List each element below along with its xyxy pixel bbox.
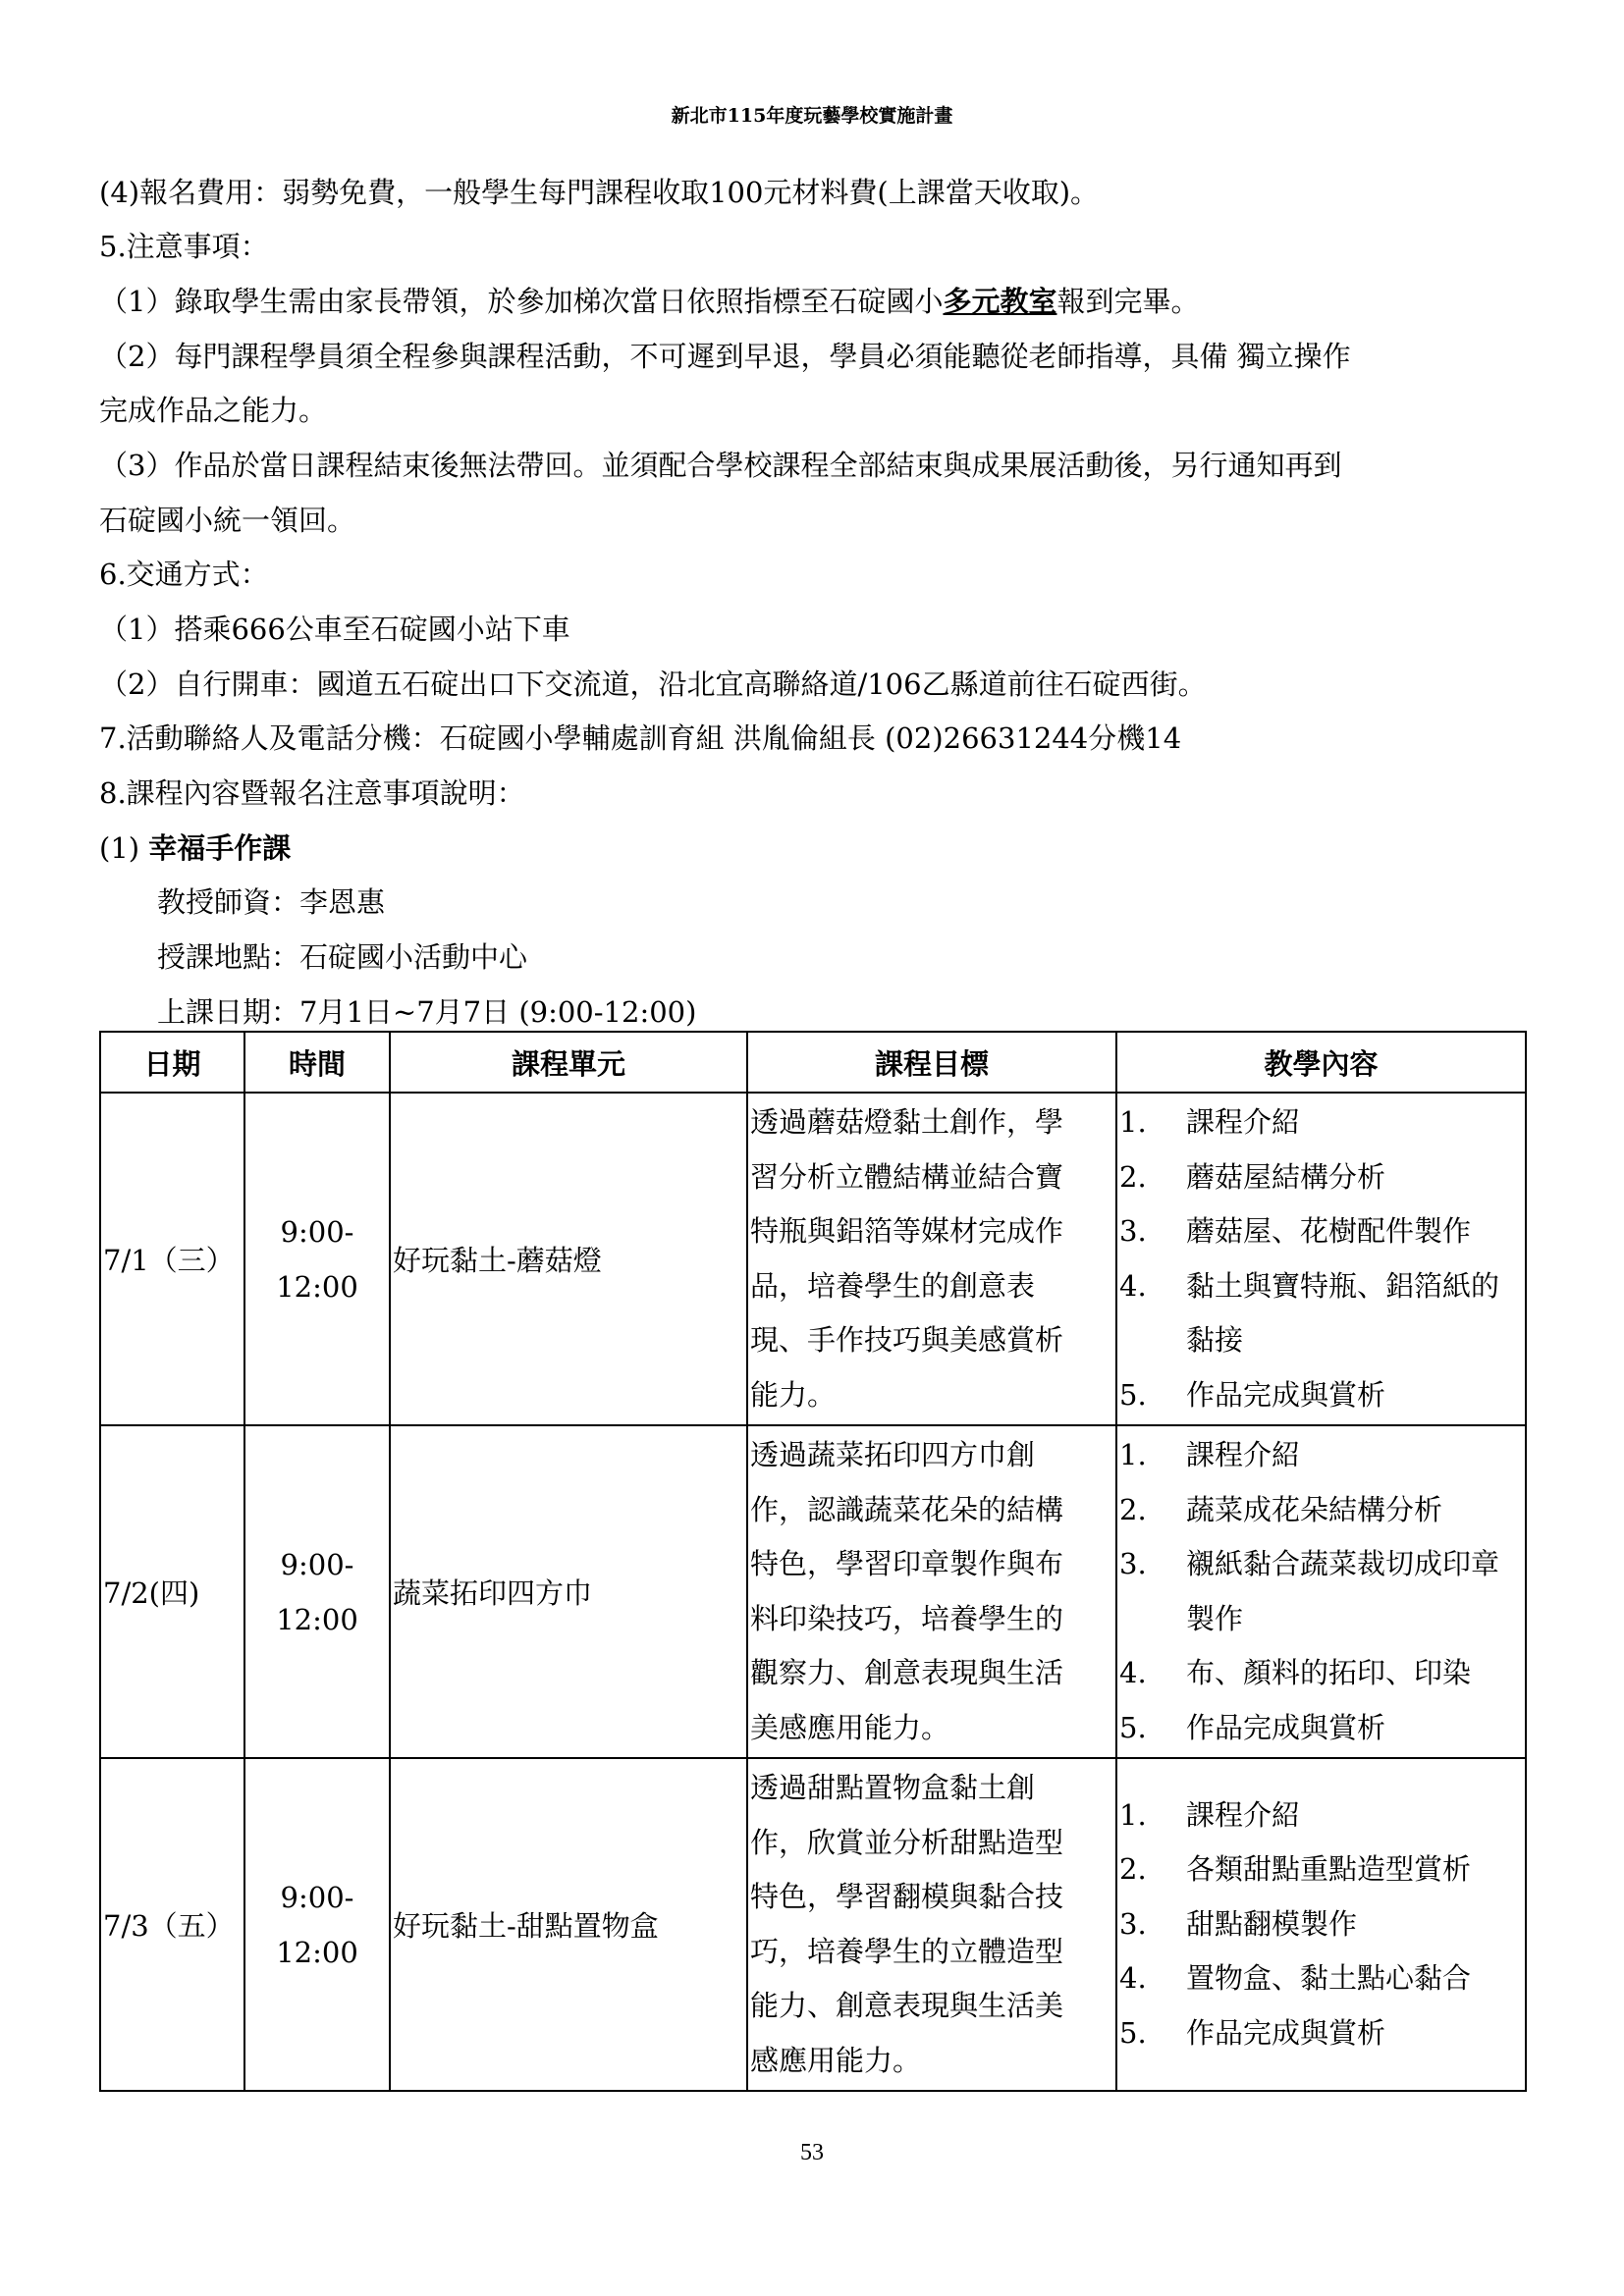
item-text: 布、顏料的拓印、印染 xyxy=(1186,1646,1523,1701)
item-number: 1. xyxy=(1119,1789,1186,1843)
item-text: 襯紙黏合蔬菜裁切成印章製作 xyxy=(1186,1537,1523,1646)
item-number: 2. xyxy=(1119,1150,1186,1205)
item-text: 課程介紹 xyxy=(1186,1095,1523,1150)
header-goal: 課程目標 xyxy=(747,1032,1116,1093)
content-item: 2.蘑菇屋結構分析 xyxy=(1119,1150,1523,1205)
course-1-title: 幸福手作課 xyxy=(148,831,291,865)
goal-line: 現、手作技巧與美感賞析 xyxy=(750,1313,1113,1368)
row-time: 9:00-12:00 xyxy=(244,1425,390,1758)
content-item: 2.蔬菜成花朵結構分析 xyxy=(1119,1483,1523,1538)
item-number: 4. xyxy=(1119,1951,1186,2006)
date-info: 上課日期：7月1日~7月7日 (9:00-12:00) xyxy=(157,994,696,1030)
content-item: 5.作品完成與賞析 xyxy=(1119,1701,1523,1756)
content-item: 1.課程介紹 xyxy=(1119,1428,1523,1483)
goal-line: 透過蘑菇燈黏土創作，學 xyxy=(750,1095,1113,1150)
note-1-before: （1）錄取學生需由家長帶領，於參加梯次當日依照指標至石碇國小 xyxy=(99,285,943,318)
table-row: 7/2(四) 9:00-12:00 蔬菜拓印四方巾 透過蔬菜拓印四方巾創 作，認… xyxy=(100,1425,1526,1758)
time-start: 9:00- xyxy=(247,1204,387,1259)
goal-line: 料印染技巧，培養學生的 xyxy=(750,1592,1113,1647)
course-1-prefix: (1) xyxy=(99,831,148,865)
content-item: 4.黏土與寶特瓶、鋁箔紙的黏接 xyxy=(1119,1259,1523,1368)
goal-line: 品，培養學生的創意表 xyxy=(750,1259,1113,1314)
row-date: 7/2(四) xyxy=(100,1425,244,1758)
teacher-info: 教授師資：李恩惠 xyxy=(157,884,385,920)
item-text: 蔬菜成花朵結構分析 xyxy=(1186,1483,1523,1538)
note-1: （1）錄取學生需由家長帶領，於參加梯次當日依照指標至石碇國小多元教室報到完畢。 xyxy=(99,284,1199,319)
content-item: 1.課程介紹 xyxy=(1119,1095,1523,1150)
contact-info: 7.活動聯絡人及電話分機：石碇國小學輔處訓育組 洪胤倫組長 (02)266312… xyxy=(99,721,1181,756)
time-start: 9:00- xyxy=(247,1870,387,1925)
row-date: 7/1（三） xyxy=(100,1093,244,1425)
row-content: 1.課程介紹 2.蔬菜成花朵結構分析 3.襯紙黏合蔬菜裁切成印章製作 4.布、顏… xyxy=(1116,1425,1526,1758)
header-time: 時間 xyxy=(244,1032,390,1093)
row-unit: 蔬菜拓印四方巾 xyxy=(390,1425,747,1758)
item-number: 3. xyxy=(1119,1204,1186,1259)
row-goal: 透過蘑菇燈黏土創作，學 習分析立體結構並結合寶 特瓶與鋁箔等媒材完成作 品，培養… xyxy=(747,1093,1116,1425)
transport-1: （1）搭乘666公車至石碇國小站下車 xyxy=(99,612,570,647)
page-number: 53 xyxy=(0,2140,1624,2166)
goal-line: 能力。 xyxy=(750,1368,1113,1423)
fee-text: (4)報名費用：弱勢免費，一般學生每門課程收取100元材料費(上課當天收取)。 xyxy=(99,175,1099,210)
row-time: 9:00-12:00 xyxy=(244,1758,390,2091)
item-number: 4. xyxy=(1119,1259,1186,1368)
goal-line: 透過蔬菜拓印四方巾創 xyxy=(750,1428,1113,1483)
item-number: 1. xyxy=(1119,1428,1186,1483)
note-1-emphasis: 多元教室 xyxy=(943,285,1056,318)
item-number: 5. xyxy=(1119,2006,1186,2061)
row-goal: 透過甜點置物盒黏土創 作，欣賞並分析甜點造型 特色，學習翻模與黏合技 巧，培養學… xyxy=(747,1758,1116,2091)
goal-line: 特色，學習印章製作與布 xyxy=(750,1537,1113,1592)
row-unit: 好玩黏土-蘑菇燈 xyxy=(390,1093,747,1425)
row-goal: 透過蔬菜拓印四方巾創 作，認識蔬菜花朵的結構 特色，學習印章製作與布 料印染技巧… xyxy=(747,1425,1116,1758)
item-text: 各類甜點重點造型賞析 xyxy=(1186,1842,1523,1897)
document-header-title: 新北市115年度玩藝學校實施計畫 xyxy=(0,101,1624,128)
item-text: 置物盒、黏土點心黏合 xyxy=(1186,1951,1523,2006)
row-date: 7/3（五） xyxy=(100,1758,244,2091)
row-time: 9:00-12:00 xyxy=(244,1093,390,1425)
note-2-line-1: （2）每門課程學員須全程參與課程活動，不可遲到早退，學員必須能聽從老師指導，具備… xyxy=(99,339,1351,374)
content-item: 1.課程介紹 xyxy=(1119,1789,1523,1843)
item-text: 蘑菇屋、花樹配件製作 xyxy=(1186,1204,1523,1259)
item-number: 3. xyxy=(1119,1897,1186,1952)
note-3-line-2: 石碇國小統一領回。 xyxy=(99,503,355,538)
table-row: 7/3（五） 9:00-12:00 好玩黏土-甜點置物盒 透過甜點置物盒黏土創 … xyxy=(100,1758,1526,2091)
header-content: 教學內容 xyxy=(1116,1032,1526,1093)
header-unit: 課程單元 xyxy=(390,1032,747,1093)
content-item: 3.甜點翻模製作 xyxy=(1119,1897,1523,1952)
note-1-after: 報到完畢。 xyxy=(1056,285,1199,318)
goal-line: 能力、創意表現與生活美 xyxy=(750,1979,1113,2034)
item-text: 課程介紹 xyxy=(1186,1428,1523,1483)
content-item: 3.襯紙黏合蔬菜裁切成印章製作 xyxy=(1119,1537,1523,1646)
content-item: 4.置物盒、黏土點心黏合 xyxy=(1119,1951,1523,2006)
goal-line: 特色，學習翻模與黏合技 xyxy=(750,1870,1113,1925)
item-text: 黏土與寶特瓶、鋁箔紙的黏接 xyxy=(1186,1259,1523,1368)
content-item: 2.各類甜點重點造型賞析 xyxy=(1119,1842,1523,1897)
time-start: 9:00- xyxy=(247,1537,387,1592)
goal-line: 巧，培養學生的立體造型 xyxy=(750,1925,1113,1980)
item-text: 作品完成與賞析 xyxy=(1186,1368,1523,1423)
time-end: 12:00 xyxy=(247,1592,387,1647)
note-3-line-1: （3）作品於當日課程結束後無法帶回。並須配合學校課程全部結束與成果展活動後，另行… xyxy=(99,448,1341,483)
goal-line: 特瓶與鋁箔等媒材完成作 xyxy=(750,1204,1113,1259)
course-1-title-line: (1) 幸福手作課 xyxy=(99,830,291,866)
item-text: 課程介紹 xyxy=(1186,1789,1523,1843)
time-end: 12:00 xyxy=(247,1925,387,1980)
table-row: 7/1（三） 9:00-12:00 好玩黏土-蘑菇燈 透過蘑菇燈黏土創作，學 習… xyxy=(100,1093,1526,1425)
header-date: 日期 xyxy=(100,1032,244,1093)
location-info: 授課地點：石碇國小活動中心 xyxy=(157,939,527,975)
goal-line: 習分析立體結構並結合寶 xyxy=(750,1150,1113,1205)
item-number: 5. xyxy=(1119,1368,1186,1423)
transport-heading: 6.交通方式： xyxy=(99,557,269,592)
goal-line: 美感應用能力。 xyxy=(750,1701,1113,1756)
goal-line: 觀察力、創意表現與生活 xyxy=(750,1646,1113,1701)
item-text: 作品完成與賞析 xyxy=(1186,2006,1523,2061)
content-item: 5.作品完成與賞析 xyxy=(1119,1368,1523,1423)
item-text: 作品完成與賞析 xyxy=(1186,1701,1523,1756)
goal-line: 感應用能力。 xyxy=(750,2034,1113,2089)
row-unit: 好玩黏土-甜點置物盒 xyxy=(390,1758,747,2091)
course-schedule-table: 日期 時間 課程單元 課程目標 教學內容 7/1（三） 9:00-12:00 好… xyxy=(99,1031,1527,2092)
content-item: 3.蘑菇屋、花樹配件製作 xyxy=(1119,1204,1523,1259)
content-item: 4.布、顏料的拓印、印染 xyxy=(1119,1646,1523,1701)
table-header-row: 日期 時間 課程單元 課程目標 教學內容 xyxy=(100,1032,1526,1093)
content-item: 5.作品完成與賞析 xyxy=(1119,2006,1523,2061)
course-heading: 8.課程內容暨報名注意事項說明： xyxy=(99,775,525,811)
item-number: 2. xyxy=(1119,1842,1186,1897)
row-content: 1.課程介紹 2.各類甜點重點造型賞析 3.甜點翻模製作 4.置物盒、黏土點心黏… xyxy=(1116,1758,1526,2091)
time-end: 12:00 xyxy=(247,1259,387,1314)
item-number: 2. xyxy=(1119,1483,1186,1538)
item-number: 5. xyxy=(1119,1701,1186,1756)
notes-heading: 5.注意事項： xyxy=(99,229,269,264)
goal-line: 透過甜點置物盒黏土創 xyxy=(750,1761,1113,1816)
goal-line: 作，欣賞並分析甜點造型 xyxy=(750,1816,1113,1871)
item-number: 4. xyxy=(1119,1646,1186,1701)
item-text: 甜點翻模製作 xyxy=(1186,1897,1523,1952)
item-text: 蘑菇屋結構分析 xyxy=(1186,1150,1523,1205)
goal-line: 作，認識蔬菜花朵的結構 xyxy=(750,1483,1113,1538)
note-2-line-2: 完成作品之能力。 xyxy=(99,393,327,428)
row-content: 1.課程介紹 2.蘑菇屋結構分析 3.蘑菇屋、花樹配件製作 4.黏土與寶特瓶、鋁… xyxy=(1116,1093,1526,1425)
transport-2: （2）自行開車：國道五石碇出口下交流道，沿北宜高聯絡道/106乙縣道前往石碇西街… xyxy=(99,667,1207,702)
item-number: 1. xyxy=(1119,1095,1186,1150)
item-number: 3. xyxy=(1119,1537,1186,1646)
